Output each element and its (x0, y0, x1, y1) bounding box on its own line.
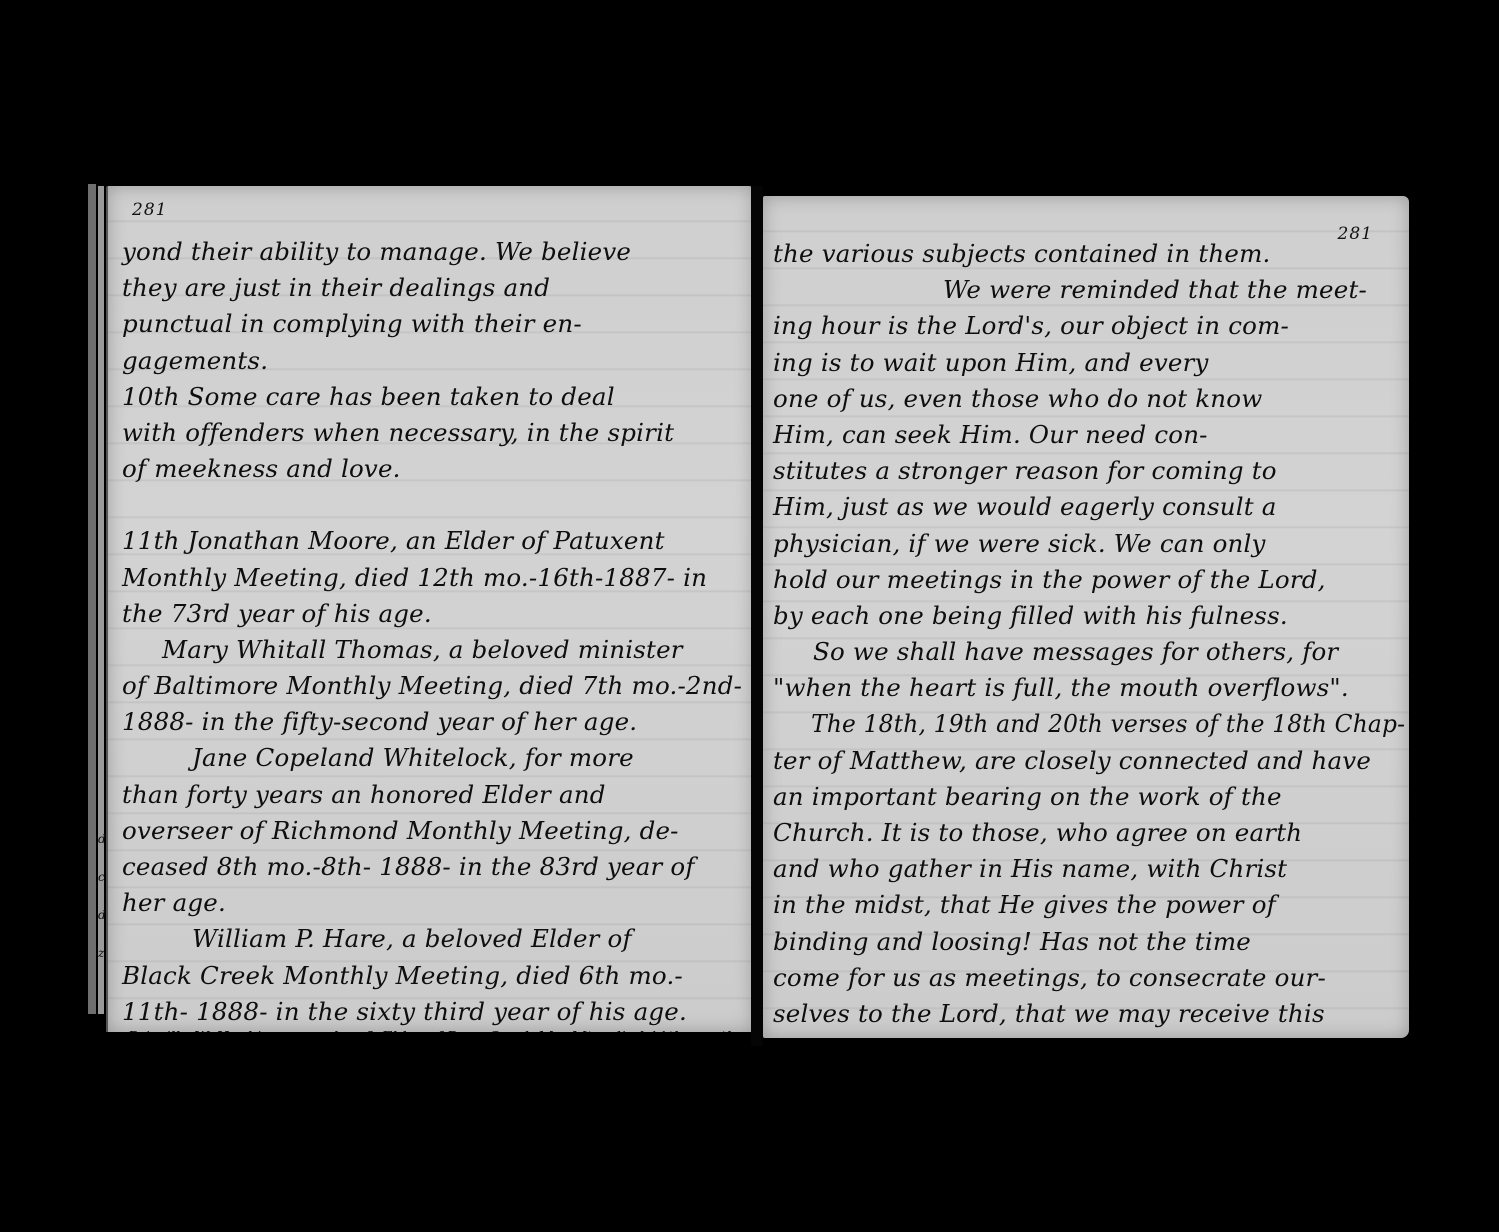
handwritten-line: with offenders when necessary, in the sp… (122, 415, 752, 451)
handwritten-line: ing hour is the Lord's, our object in co… (773, 308, 1405, 344)
handwritten-line: an important bearing on the work of the (773, 779, 1405, 815)
handwritten-line: come for us as meetings, to consecrate o… (773, 960, 1405, 996)
handwritten-line: Monthly Meeting, died 12th mo.-16th-1887… (122, 560, 752, 596)
margin-mark: d (98, 820, 106, 858)
handwritten-line: "when the heart is full, the mouth overf… (773, 670, 1405, 706)
handwritten-line: in the midst, that He gives the power of (773, 887, 1405, 923)
handwritten-line: 11th- 1888- in the sixty third year of h… (122, 994, 752, 1030)
margin-mark: d (98, 896, 106, 934)
handwritten-line: and who gather in His name, with Christ (773, 851, 1405, 887)
handwritten-line: the 73rd year of his age. (122, 596, 752, 632)
handwritten-line: physician, if we were sick. We can only (773, 526, 1405, 562)
handwritten-line: one of us, even those who do not know (773, 381, 1405, 417)
handwritten-line: binding and loosing! Has not the time (773, 924, 1405, 960)
handwritten-line: We were reminded that the meet- (773, 272, 1405, 308)
handwritten-line: of meekness and love. (122, 451, 752, 487)
handwritten-line: So we shall have messages for others, fo… (773, 634, 1405, 670)
handwritten-line: of Baltimore Monthly Meeting, died 7th m… (122, 668, 752, 704)
handwritten-line: yond their ability to manage. We believe (122, 234, 752, 270)
handwritten-line: ter of Matthew, are closely connected an… (773, 743, 1405, 779)
right-page: 281 the various subjects contained in th… (763, 196, 1409, 1038)
scanned-document-spread: dcdz 281 yond their ability to manage. W… (0, 0, 1499, 1232)
right-page-text: the various subjects contained in them.W… (773, 236, 1405, 1038)
left-page-text: yond their ability to manage. We believe… (122, 234, 752, 1032)
handwritten-line: Priscilla W. Hopkins a member & Elder of… (122, 1030, 752, 1032)
handwritten-line: The 18th, 19th and 20th verses of the 18… (773, 706, 1375, 742)
handwritten-line: ceased 8th mo.-8th- 1888- in the 83rd ye… (122, 849, 752, 885)
handwritten-line: William P. Hare, a beloved Elder of (122, 921, 752, 957)
handwritten-line: Mary Whitall Thomas, a beloved minister (122, 632, 752, 668)
handwritten-line: the various subjects contained in them. (773, 236, 1405, 272)
handwritten-line: overseer of Richmond Monthly Meeting, de… (122, 813, 752, 849)
handwritten-line: punctual in complying with their en- (122, 306, 752, 342)
handwritten-line: power? (773, 1032, 1405, 1038)
handwritten-line: her age. (122, 885, 752, 921)
margin-mark: c (98, 858, 106, 896)
handwritten-line: than forty years an honored Elder and (122, 777, 752, 813)
handwritten-line: Black Creek Monthly Meeting, died 6th mo… (122, 958, 752, 994)
handwritten-line: 11th Jonathan Moore, an Elder of Patuxen… (122, 523, 752, 559)
handwritten-line: Him, can seek Him. Our need con- (773, 417, 1405, 453)
handwritten-line: hold our meetings in the power of the Lo… (773, 562, 1405, 598)
page-number: 281 (132, 200, 167, 220)
handwritten-line: stitutes a stronger reason for coming to (773, 453, 1405, 489)
handwritten-line: 10th Some care has been taken to deal (122, 379, 752, 415)
handwritten-line: by each one being filled with his fulnes… (773, 598, 1405, 634)
handwritten-line: gagements. (122, 343, 752, 379)
book-edge-strip (88, 184, 96, 1014)
handwritten-line: ing is to wait upon Him, and every (773, 345, 1405, 381)
handwritten-line: they are just in their dealings and (122, 270, 752, 306)
margin-mark: z (98, 934, 106, 972)
handwritten-line: 1888- in the fifty-second year of her ag… (122, 704, 752, 740)
book-gutter (751, 186, 763, 1046)
handwritten-line: Him, just as we would eagerly consult a (773, 489, 1405, 525)
handwritten-line: Church. It is to those, who agree on ear… (773, 815, 1405, 851)
handwritten-line: selves to the Lord, that we may receive … (773, 996, 1405, 1032)
left-page: 281 yond their ability to manage. We bel… (106, 186, 753, 1032)
handwritten-line: Jane Copeland Whitelock, for more (122, 740, 752, 776)
margin-edge-marks: dcdz (98, 820, 106, 1030)
